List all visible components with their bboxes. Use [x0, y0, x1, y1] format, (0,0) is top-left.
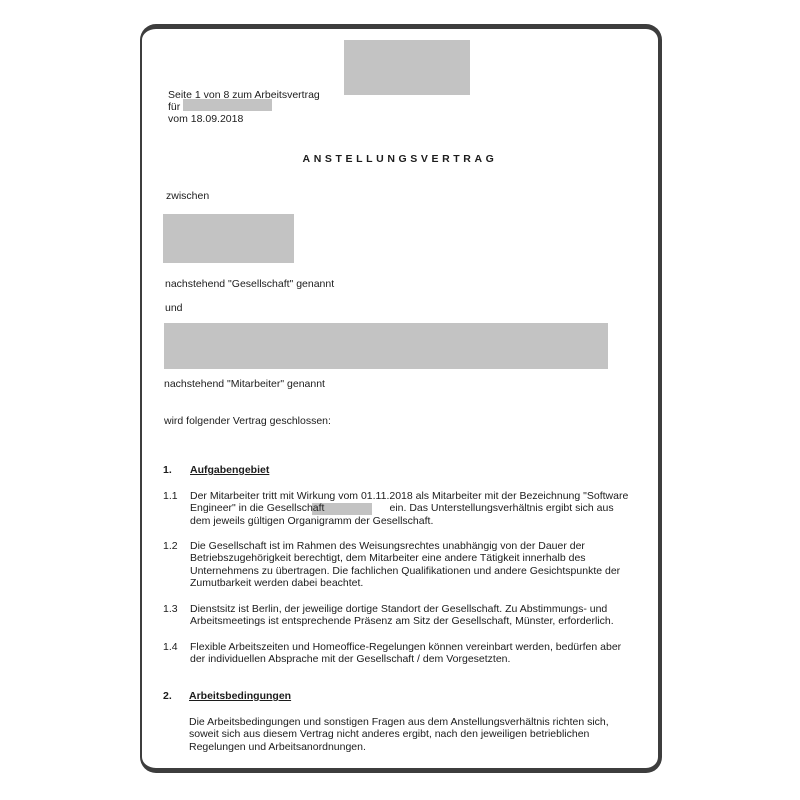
- contract-for-label: für: [168, 101, 180, 113]
- section-2-text: Die Arbeitsbedingungen und sonstigen Fra…: [189, 716, 629, 753]
- employee-label: nachstehend "Mitarbeiter" genannt: [164, 378, 325, 390]
- clause-1-2-number: 1.2: [163, 540, 178, 552]
- clause-1-3-number: 1.3: [163, 603, 178, 615]
- and-label: und: [165, 302, 183, 314]
- between-label: zwischen: [166, 190, 209, 202]
- document-title: ANSTELLUNGSVERTRAG: [0, 153, 800, 165]
- concluded-label: wird folgender Vertrag geschlossen:: [164, 415, 331, 427]
- section-2-heading: Arbeitsbedingungen: [189, 690, 291, 702]
- redacted-logo: [344, 40, 470, 95]
- section-2-number: 2.: [163, 690, 172, 702]
- contract-date: vom 18.09.2018: [168, 113, 243, 125]
- clause-1-1-text: Der Mitarbeiter tritt mit Wirkung vom 01…: [190, 490, 630, 527]
- company-label: nachstehend "Gesellschaft" genannt: [165, 278, 334, 290]
- clause-1-2-text: Die Gesellschaft ist im Rahmen des Weisu…: [190, 540, 630, 590]
- section-1-heading: Aufgabengebiet: [190, 464, 269, 476]
- clause-1-4-text: Flexible Arbeitszeiten und Homeoffice-Re…: [190, 641, 630, 666]
- page-info: Seite 1 von 8 zum Arbeitsvertrag: [168, 89, 320, 101]
- clause-1-4-number: 1.4: [163, 641, 178, 653]
- clause-1-1-number: 1.1: [163, 490, 178, 502]
- redacted-company-address: [163, 214, 294, 263]
- redacted-employee-address: [164, 323, 608, 369]
- clause-1-3-text: Dienstsitz ist Berlin, der jeweilige dor…: [190, 603, 630, 628]
- section-1-number: 1.: [163, 464, 172, 476]
